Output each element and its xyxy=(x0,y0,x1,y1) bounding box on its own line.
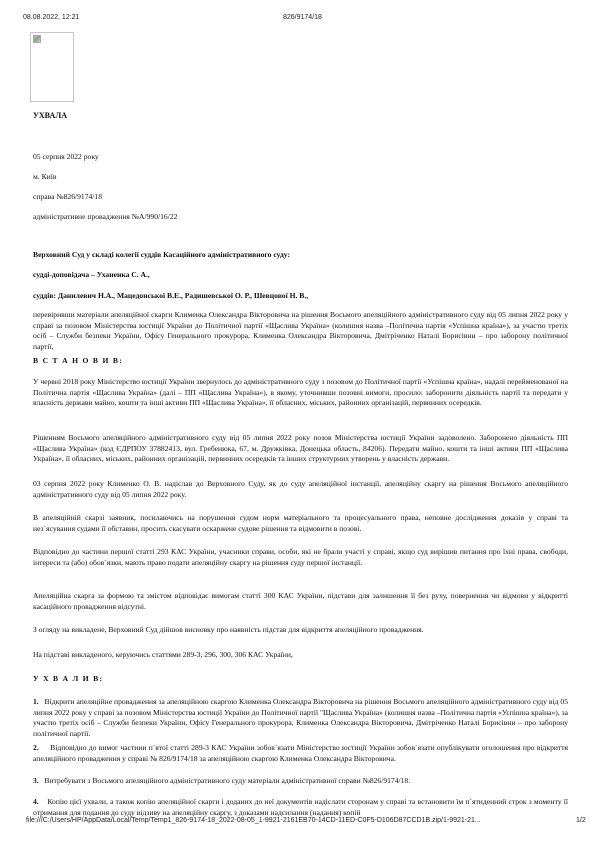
decision-item: 3. Витребувати з Восьмого апеляційного а… xyxy=(33,776,568,787)
print-header: 08.08.2022, 12:21 826/9174/18 xyxy=(0,14,594,26)
established-paragraph: На підставі викладеного, керуючись статт… xyxy=(33,650,568,661)
established-paragraph: Рішенням Восьмого апеляційного адміністр… xyxy=(33,433,568,465)
decision-number: 3. xyxy=(33,776,39,785)
proceeding-number: адміністративне провадження №А/990/16/22 xyxy=(33,212,568,223)
decision-number: 2. xyxy=(33,743,39,752)
judges-list: суддів: Данилевич Н.А., Мацедонської В.Е… xyxy=(33,291,568,302)
broken-image-icon xyxy=(33,35,41,43)
document-city: м. Київ xyxy=(33,172,568,183)
court-composition: Верховний Суд у складі колегії суддів Ка… xyxy=(33,250,568,261)
established-paragraph: Апеляційна скарга за формою та змістом в… xyxy=(33,591,568,612)
established-heading: В С Т А Н О В И В: xyxy=(33,356,568,367)
intro-paragraph: перевіривши матеріали апеляційної скарги… xyxy=(33,310,568,352)
reporting-judge: судді-доповідача – Уханенка С. А., xyxy=(33,270,568,281)
established-paragraph: В апеляційній скарзі заявник, посилаючис… xyxy=(33,513,568,534)
decision-item: 4. Копію цієї ухвали, а також копію апел… xyxy=(33,797,568,818)
decision-text: Витребувати з Восьмого апеляційного адмі… xyxy=(44,776,410,785)
document-image xyxy=(30,32,74,102)
case-number: справа №826/9174/18 xyxy=(33,192,568,203)
established-paragraph: У червні 2018 року Міністерство юстиції … xyxy=(33,377,568,409)
page-number: 1/2 xyxy=(576,817,586,824)
decision-text: Відповідно до вимог частини п`ятої статт… xyxy=(33,743,568,763)
decision-text: Відкрити апеляційне провадження за апеля… xyxy=(33,697,568,738)
decided-heading: У Х В А Л И В: xyxy=(33,674,568,685)
print-title: 826/9174/18 xyxy=(283,14,322,21)
decision-text: Копію цієї ухвали, а також копію апеляці… xyxy=(33,797,568,817)
decision-number: 4. xyxy=(33,797,39,806)
established-paragraph: Відповідно до частини першої статті 293 … xyxy=(33,547,568,568)
decision-number: 1. xyxy=(33,697,39,706)
print-url: file:///C:/Users/HP/AppData/Local/Temp/T… xyxy=(26,817,481,824)
print-datetime: 08.08.2022, 12:21 xyxy=(23,14,79,21)
document-date: 05 серпня 2022 року xyxy=(33,152,568,163)
decision-item: 2. Відповідно до вимог частини п`ятої ст… xyxy=(33,743,568,764)
print-footer: file:///C:/Users/HP/AppData/Local/Temp/T… xyxy=(0,817,594,829)
document-heading: УХВАЛА xyxy=(33,111,568,122)
decision-item: 1. Відкрити апеляційне провадження за ап… xyxy=(33,697,568,739)
established-paragraph: З огляду на викладене, Верховний Суд дій… xyxy=(33,625,568,636)
established-paragraph: 03 серпня 2022 року Клименко О. В. надіс… xyxy=(33,479,568,500)
